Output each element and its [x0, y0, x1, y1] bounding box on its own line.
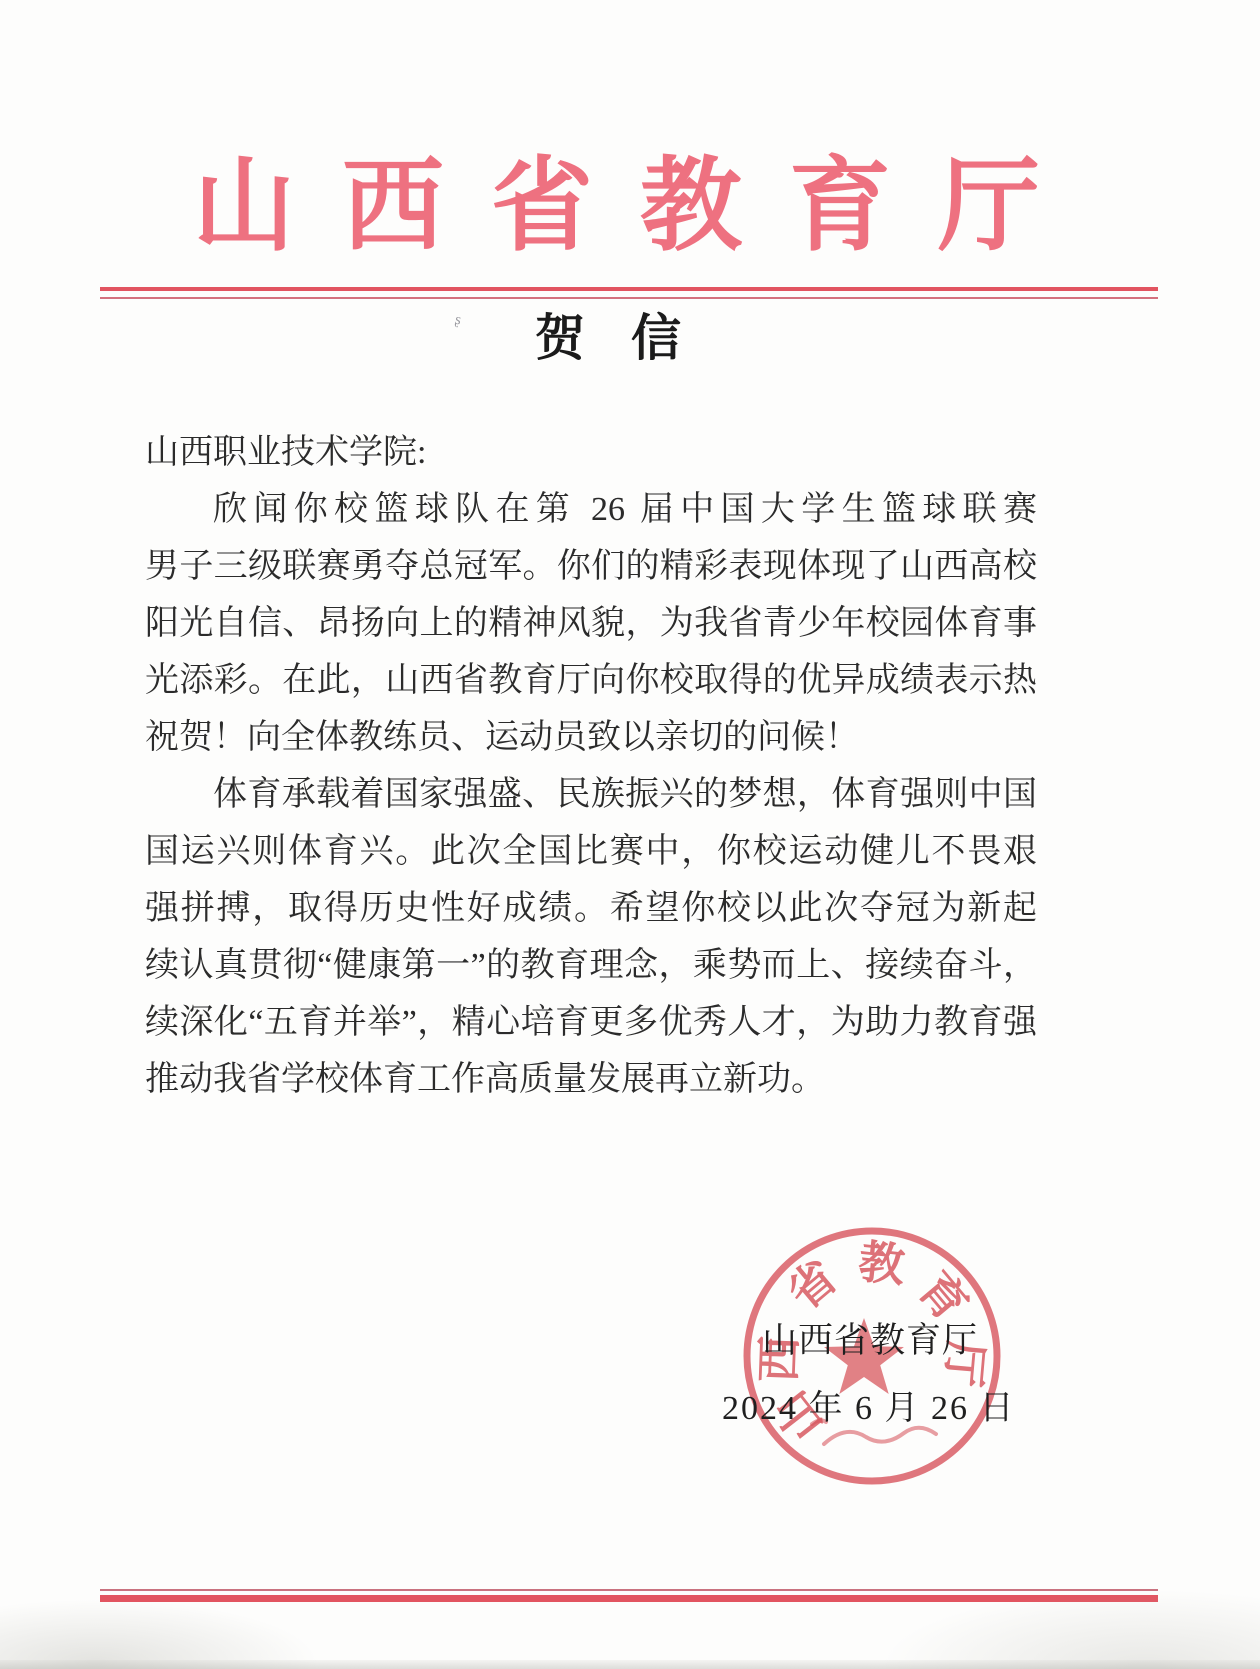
letterhead-char: 省 [491, 153, 593, 263]
body-line: 国运兴则体育兴。此次全国比赛中，你校运动健儿不畏艰辛、顽 [145, 823, 1037, 880]
scan-smudge [0, 1660, 1260, 1669]
body-line: 阳光自信、昂扬向上的精神风貌，为我省青少年校园体育事业增 [145, 595, 1037, 652]
header-rule-thick [100, 287, 1158, 291]
signature-date: 2024 年 6 月 26 日 [722, 1380, 1016, 1429]
body-line: 推动我省学校体育工作高质量发展再立新功。 [145, 1051, 1037, 1108]
letterhead-char: 山 [193, 153, 295, 263]
seal-char: 教 [856, 1236, 908, 1292]
body-line: 男子三级联赛勇夺总冠军。你们的精彩表现体现了山西高校学子 [145, 538, 1037, 595]
body-line: 强拼搏，取得历史性好成绩。希望你校以此次夺冠为新起点，继 [145, 880, 1037, 937]
body-line: 续深化“五育并举”，精心培育更多优秀人才，为助力教育强省， [145, 994, 1037, 1051]
body-line: 续认真贯彻“健康第一”的教育理念，乘势而上、接续奋斗，持 [145, 937, 1037, 994]
document-title-char: 信 [631, 308, 681, 368]
scan-smudge [0, 1599, 320, 1669]
salutation: 山西职业技术学院: [145, 424, 1037, 481]
letter-page: 山 西 省 教 育 厅 ʂ 贺 信 山西职业技术学院: 欣闻你校篮球队在第 26… [0, 0, 1260, 1669]
body-line: 体育承载着国家强盛、民族振兴的梦想，体育强则中国强， [145, 766, 1037, 823]
scan-smudge [880, 1589, 1260, 1669]
header-rule-thin [100, 297, 1158, 299]
document-title: 贺 信 [0, 308, 1216, 368]
document-title-char: 贺 [535, 308, 585, 368]
letterhead-char: 教 [640, 153, 742, 263]
signature: 山西省教育厅 [762, 1313, 978, 1363]
body-line: 光添彩。在此，山西省教育厅向你校取得的优异成绩表示热烈的 [145, 652, 1037, 709]
letter-body: 山西职业技术学院: 欣闻你校篮球队在第 26 届中国大学生篮球联赛（CUBAL）… [145, 424, 1037, 1108]
body-line: 欣闻你校篮球队在第 26 届中国大学生篮球联赛（CUBAL） [145, 481, 1037, 538]
body-line: 祝贺！向全体教练员、运动员致以亲切的问候！ [145, 709, 1037, 766]
letterhead-char: 西 [342, 153, 444, 263]
letterhead-title: 山 西 省 教 育 厅 [193, 148, 1040, 268]
letterhead-char: 育 [789, 153, 891, 263]
letterhead-char: 厅 [938, 153, 1040, 263]
